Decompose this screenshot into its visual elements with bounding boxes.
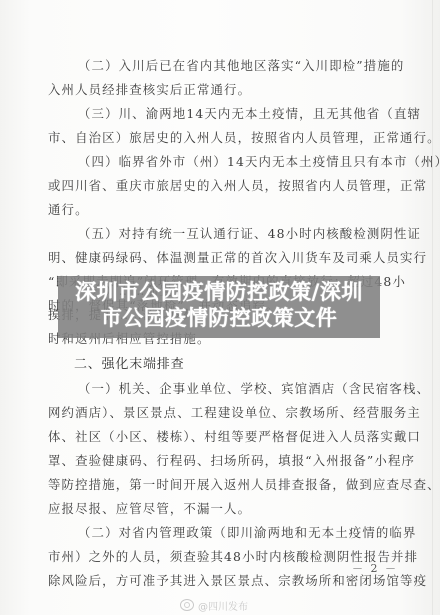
document-line: （四）临界省外市（州）14天内无本土疫情且只有本市（州） — [78, 154, 380, 170]
title-overlay-banner: 深圳市公园疫情防控政策/深圳 市公园疫情防控政策文件 — [58, 276, 380, 338]
document-line: 市州）之外的人员，须查验其48小时内核酸检测阴性报告并排 — [48, 549, 380, 565]
document-line: 明、健康码绿码、体温测量正常的首次入川货车及司乘人员实行 — [48, 250, 380, 266]
document-line: 除风险后，方可准予其进入景区景点、宗教场所和密闭场馆等疫 — [48, 573, 380, 589]
overlay-title-line-2: 市公园疫情防控政策文件 — [58, 306, 380, 330]
document-line: （二）入川后已在省内其他地区落实“入川即检”措施的 — [78, 58, 380, 74]
document-page: （二）入川后已在省内其他地区落实“入川即检”措施的入州人员经排查核实后正常通行。… — [0, 0, 440, 615]
document-line: 网约酒店）、景区景点、工程建设单位、宗教场所、经营服务主 — [48, 405, 380, 421]
page-number: － 2 － — [352, 560, 398, 576]
document-line: 通行。 — [48, 202, 380, 218]
document-line: 应报尽报、应管尽管，不漏一人。 — [48, 501, 380, 517]
document-line: 等防控措施，第一时间开展入返州人员排查报备，做到应查尽查、 — [48, 477, 380, 493]
document-line: （一）机关、企事业单位、学校、宾馆酒店（含民宿客栈、 — [78, 381, 380, 397]
weibo-icon — [180, 599, 194, 611]
document-line: 市、自治区）旅居史的入州人员，按照省内人员管理，正常通行。 — [48, 130, 380, 146]
watermark: @四川发布 — [180, 598, 248, 612]
watermark-text: @四川发布 — [198, 598, 248, 613]
document-line: （二）对省内管理政策（即川渝两地和无本土疫情的临界 — [78, 525, 380, 541]
document-line: 入州人员经排查核实后正常通行。 — [48, 82, 380, 98]
document-line: （三）川、渝两地14天内无本土疫情，且无其他省（直辖 — [78, 106, 380, 122]
page-edge — [432, 0, 433, 615]
document-line: 体、社区（小区、楼栋）、村组等要严格督促进入人员落实戴口 — [48, 429, 380, 445]
section-heading: 二、强化末端排查 — [74, 357, 406, 373]
overlay-title-line-1: 深圳市公园疫情防控政策/深圳 — [58, 280, 380, 304]
document-line: 罩、查验健康码、行程码、扫场所码，填报“入州报备”小程序 — [48, 453, 380, 469]
document-line: （五）对持有统一互认通行证、48小时内核酸检测阴性证 — [78, 226, 380, 242]
document-line: 或四川省、重庆市旅居史的入州人员，按照省内人员管理，正常 — [48, 178, 380, 194]
